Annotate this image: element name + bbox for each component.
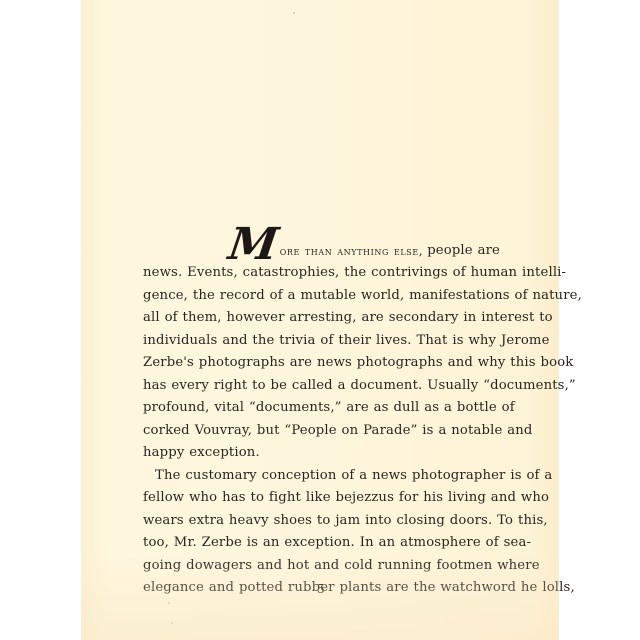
- text-line: all of them, however arresting, are seco…: [143, 307, 500, 330]
- text-line: going dowagers and hot and cold running …: [143, 555, 500, 578]
- opening-line-rest: people are: [427, 240, 500, 263]
- text-line: Zerbe's photographs are news photographs…: [143, 352, 500, 375]
- book-page: M ore than anything else, people are new…: [81, 0, 559, 640]
- text-line: has every right to be called a document.…: [143, 375, 500, 398]
- drop-cap-initial: M: [226, 228, 280, 262]
- paper-speck: [293, 12, 295, 14]
- small-caps-lead: ore than anything else,: [280, 240, 423, 263]
- text-line: The customary conception of a news photo…: [143, 465, 500, 488]
- text-line: gence, the record of a mutable world, ma…: [143, 285, 500, 308]
- paragraph-1: news. Events, catastrophies, the contriv…: [143, 262, 500, 465]
- paper-speck: [171, 622, 173, 624]
- text-line: individuals and the trivia of their live…: [143, 330, 500, 353]
- opening-line: M ore than anything else, people are: [143, 232, 500, 262]
- text-line: profound, vital “documents,” are as dull…: [143, 397, 500, 420]
- text-line: fellow who has to fight like bejezzus fo…: [143, 487, 500, 510]
- page-number: 5: [311, 582, 331, 596]
- text-line: corked Vouvray, but “People on Parade” i…: [143, 420, 500, 443]
- paragraph-2: The customary conception of a news photo…: [143, 465, 500, 600]
- paper-speck: [168, 602, 170, 604]
- body-text: M ore than anything else, people are new…: [143, 232, 500, 600]
- text-line: happy exception.: [143, 442, 500, 465]
- text-line: too, Mr. Zerbe is an exception. In an at…: [143, 532, 500, 555]
- text-line: wears extra heavy shoes to jam into clos…: [143, 510, 500, 533]
- text-line: news. Events, catastrophies, the contriv…: [143, 262, 500, 285]
